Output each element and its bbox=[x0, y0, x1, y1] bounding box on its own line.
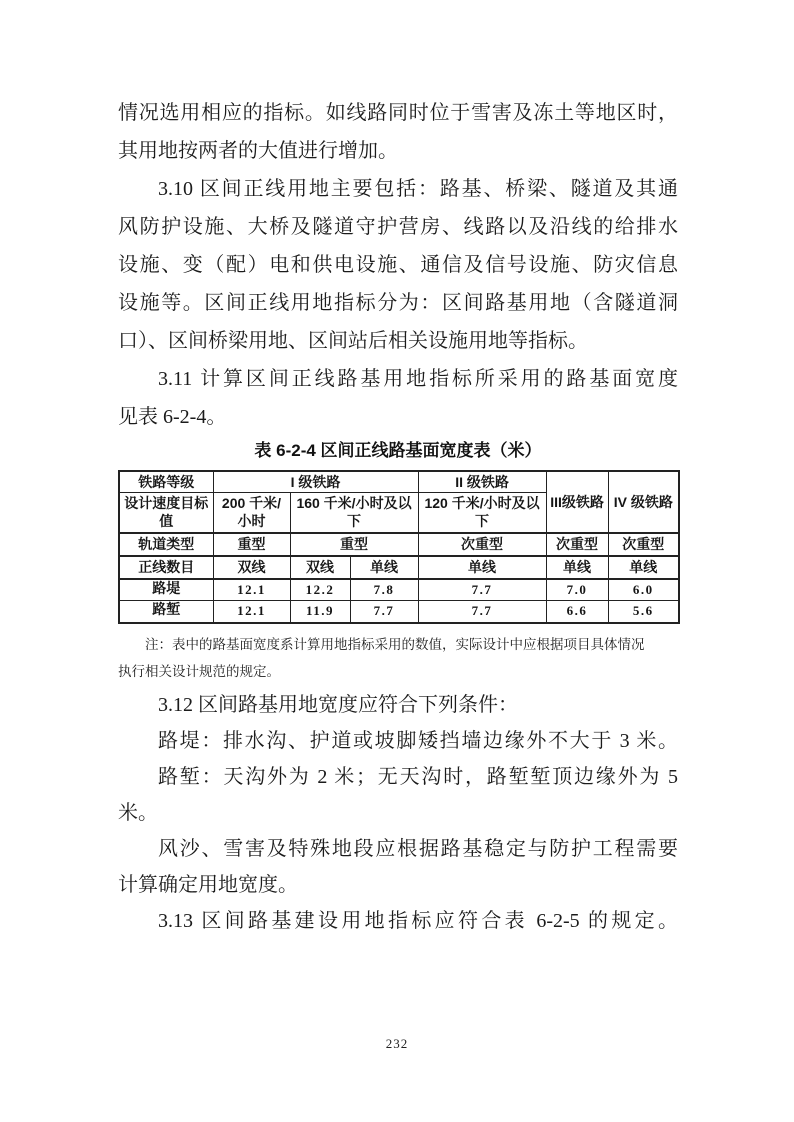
table-row-track-type: 轨道类型 重型 重型 次重型 次重型 次重型 bbox=[119, 533, 679, 556]
text-line: 风防护设施、大桥及隧道守护营房、线路以及沿线的给排水 bbox=[118, 208, 678, 246]
cell-track-value: 次重型 bbox=[608, 533, 679, 556]
cell-track-label: 轨道类型 bbox=[119, 533, 213, 556]
cell-grade-1: I 级铁路 bbox=[213, 471, 418, 493]
cell-track-value: 次重型 bbox=[418, 533, 546, 556]
text-line: 设施等。区间正线用地指标分为：区间路基用地（含隧道洞 bbox=[118, 284, 678, 322]
text-line: 情况选用相应的指标。如线路同时位于雪害及冻土等地区时， bbox=[118, 94, 678, 132]
cell-value: 6.6 bbox=[546, 601, 608, 623]
note-line: 注：表中的路基面宽度系计算用地指标采用的数值，实际设计中应根据项目具体情况 bbox=[118, 631, 678, 658]
table-row-grade: 铁路等级 I 级铁路 II 级铁路 III级铁路 IV 级铁路 bbox=[119, 471, 679, 493]
paragraph-continuation: 情况选用相应的指标。如线路同时位于雪害及冻土等地区时， 其用地按两者的大值进行增… bbox=[118, 94, 678, 170]
cell-lines-value: 单线 bbox=[546, 556, 608, 579]
paragraph-3-10: 3.10 区间正线用地主要包括：路基、桥梁、隧道及其通 风防护设施、大桥及隧道守… bbox=[118, 170, 678, 360]
table-note: 注：表中的路基面宽度系计算用地指标采用的数值，实际设计中应根据项目具体情况 执行… bbox=[118, 631, 678, 685]
cell-value: 5.6 bbox=[608, 601, 679, 623]
cell-value: 7.7 bbox=[418, 601, 546, 623]
cell-value: 7.0 bbox=[546, 579, 608, 601]
cell-track-value: 次重型 bbox=[546, 533, 608, 556]
text-line: 3.13 区间路基建设用地指标应符合表 6-2-5 的规定。 bbox=[118, 903, 678, 939]
paragraph-3-12: 3.12 区间路基用地宽度应符合下列条件： bbox=[118, 687, 678, 723]
table-row-cutting: 路堑 12.1 11.9 7.7 7.7 6.6 5.6 bbox=[119, 601, 679, 623]
cell-speed-120: 120 千米/小时及以下 bbox=[418, 493, 546, 533]
text-line: 设施、变（配）电和供电设施、通信及信号设施、防灾信息 bbox=[118, 246, 678, 284]
cell-value: 6.0 bbox=[608, 579, 679, 601]
cell-grade-4: IV 级铁路 bbox=[608, 471, 679, 533]
note-line: 执行相关设计规范的规定。 bbox=[118, 658, 678, 685]
table-row-line-count: 正线数目 双线 双线 单线 单线 单线 单线 bbox=[119, 556, 679, 579]
cell-track-value: 重型 bbox=[290, 533, 418, 556]
paragraph-cutting-rule: 路堑：天沟外为 2 米；无天沟时，路堑堑顶边缘外为 5 米。 bbox=[118, 759, 678, 831]
cell-value: 7.7 bbox=[350, 601, 418, 623]
cell-value: 11.9 bbox=[290, 601, 350, 623]
table-caption: 表 6-2-4 区间正线路基面宽度表（米） bbox=[118, 438, 678, 464]
cell-track-value: 重型 bbox=[213, 533, 290, 556]
cell-value: 12.1 bbox=[213, 601, 290, 623]
paragraph-embankment-rule: 路堤：排水沟、护道或坡脚矮挡墙边缘外不大于 3 米。 bbox=[118, 723, 678, 759]
cell-lines-value: 双线 bbox=[290, 556, 350, 579]
text-line: 口）、区间桥梁用地、区间站后相关设施用地等指标。 bbox=[118, 322, 678, 360]
paragraph-special-sections: 风沙、雪害及特殊地段应根据路基稳定与防护工程需要 计算确定用地宽度。 bbox=[118, 831, 678, 903]
text-line: 3.10 区间正线用地主要包括：路基、桥梁、隧道及其通 bbox=[118, 170, 678, 208]
cell-grade-2: II 级铁路 bbox=[418, 471, 546, 493]
text-line: 其用地按两者的大值进行增加。 bbox=[118, 132, 678, 170]
track-bed-width-table: 铁路等级 I 级铁路 II 级铁路 III级铁路 IV 级铁路 设计速度目标值 … bbox=[118, 470, 680, 624]
text-line: 米。 bbox=[118, 795, 678, 831]
cell-lines-value: 单线 bbox=[350, 556, 418, 579]
text-line: 见表 6-2-4。 bbox=[118, 398, 678, 436]
cell-speed-200: 200 千米/小时 bbox=[213, 493, 290, 533]
cell-lines-value: 单线 bbox=[608, 556, 679, 579]
text-line: 风沙、雪害及特殊地段应根据路基稳定与防护工程需要 bbox=[118, 831, 678, 867]
cell-value: 12.1 bbox=[213, 579, 290, 601]
cell-lines-value: 单线 bbox=[418, 556, 546, 579]
cell-lines-value: 双线 bbox=[213, 556, 290, 579]
cell-value: 7.7 bbox=[418, 579, 546, 601]
cell-value: 12.2 bbox=[290, 579, 350, 601]
cell-speed-160: 160 千米/小时及以下 bbox=[290, 493, 418, 533]
text-line: 路堤：排水沟、护道或坡脚矮挡墙边缘外不大于 3 米。 bbox=[118, 723, 678, 759]
paragraph-3-13: 3.13 区间路基建设用地指标应符合表 6-2-5 的规定。 bbox=[118, 903, 678, 939]
text-line: 3.11 计算区间正线路基用地指标所采用的路基面宽度 bbox=[118, 360, 678, 398]
cell-grade-3: III级铁路 bbox=[546, 471, 608, 533]
text-line: 路堑：天沟外为 2 米；无天沟时，路堑堑顶边缘外为 5 bbox=[118, 759, 678, 795]
cell-row-label: 路堑 bbox=[119, 601, 213, 623]
table-row-embankment: 路堤 12.1 12.2 7.8 7.7 7.0 6.0 bbox=[119, 579, 679, 601]
page-number: 232 bbox=[0, 1036, 794, 1052]
cell-row-label: 路堤 bbox=[119, 579, 213, 601]
document-page: 情况选用相应的指标。如线路同时位于雪害及冻土等地区时， 其用地按两者的大值进行增… bbox=[0, 0, 794, 1122]
text-line: 3.12 区间路基用地宽度应符合下列条件： bbox=[118, 687, 678, 723]
cell-lines-label: 正线数目 bbox=[119, 556, 213, 579]
page-content: 情况选用相应的指标。如线路同时位于雪害及冻土等地区时， 其用地按两者的大值进行增… bbox=[118, 0, 678, 939]
text-line: 计算确定用地宽度。 bbox=[118, 867, 678, 903]
paragraph-3-11: 3.11 计算区间正线路基用地指标所采用的路基面宽度 见表 6-2-4。 bbox=[118, 360, 678, 436]
cell-grade-label: 铁路等级 bbox=[119, 471, 213, 493]
cell-value: 7.8 bbox=[350, 579, 418, 601]
cell-speed-label: 设计速度目标值 bbox=[119, 493, 213, 533]
